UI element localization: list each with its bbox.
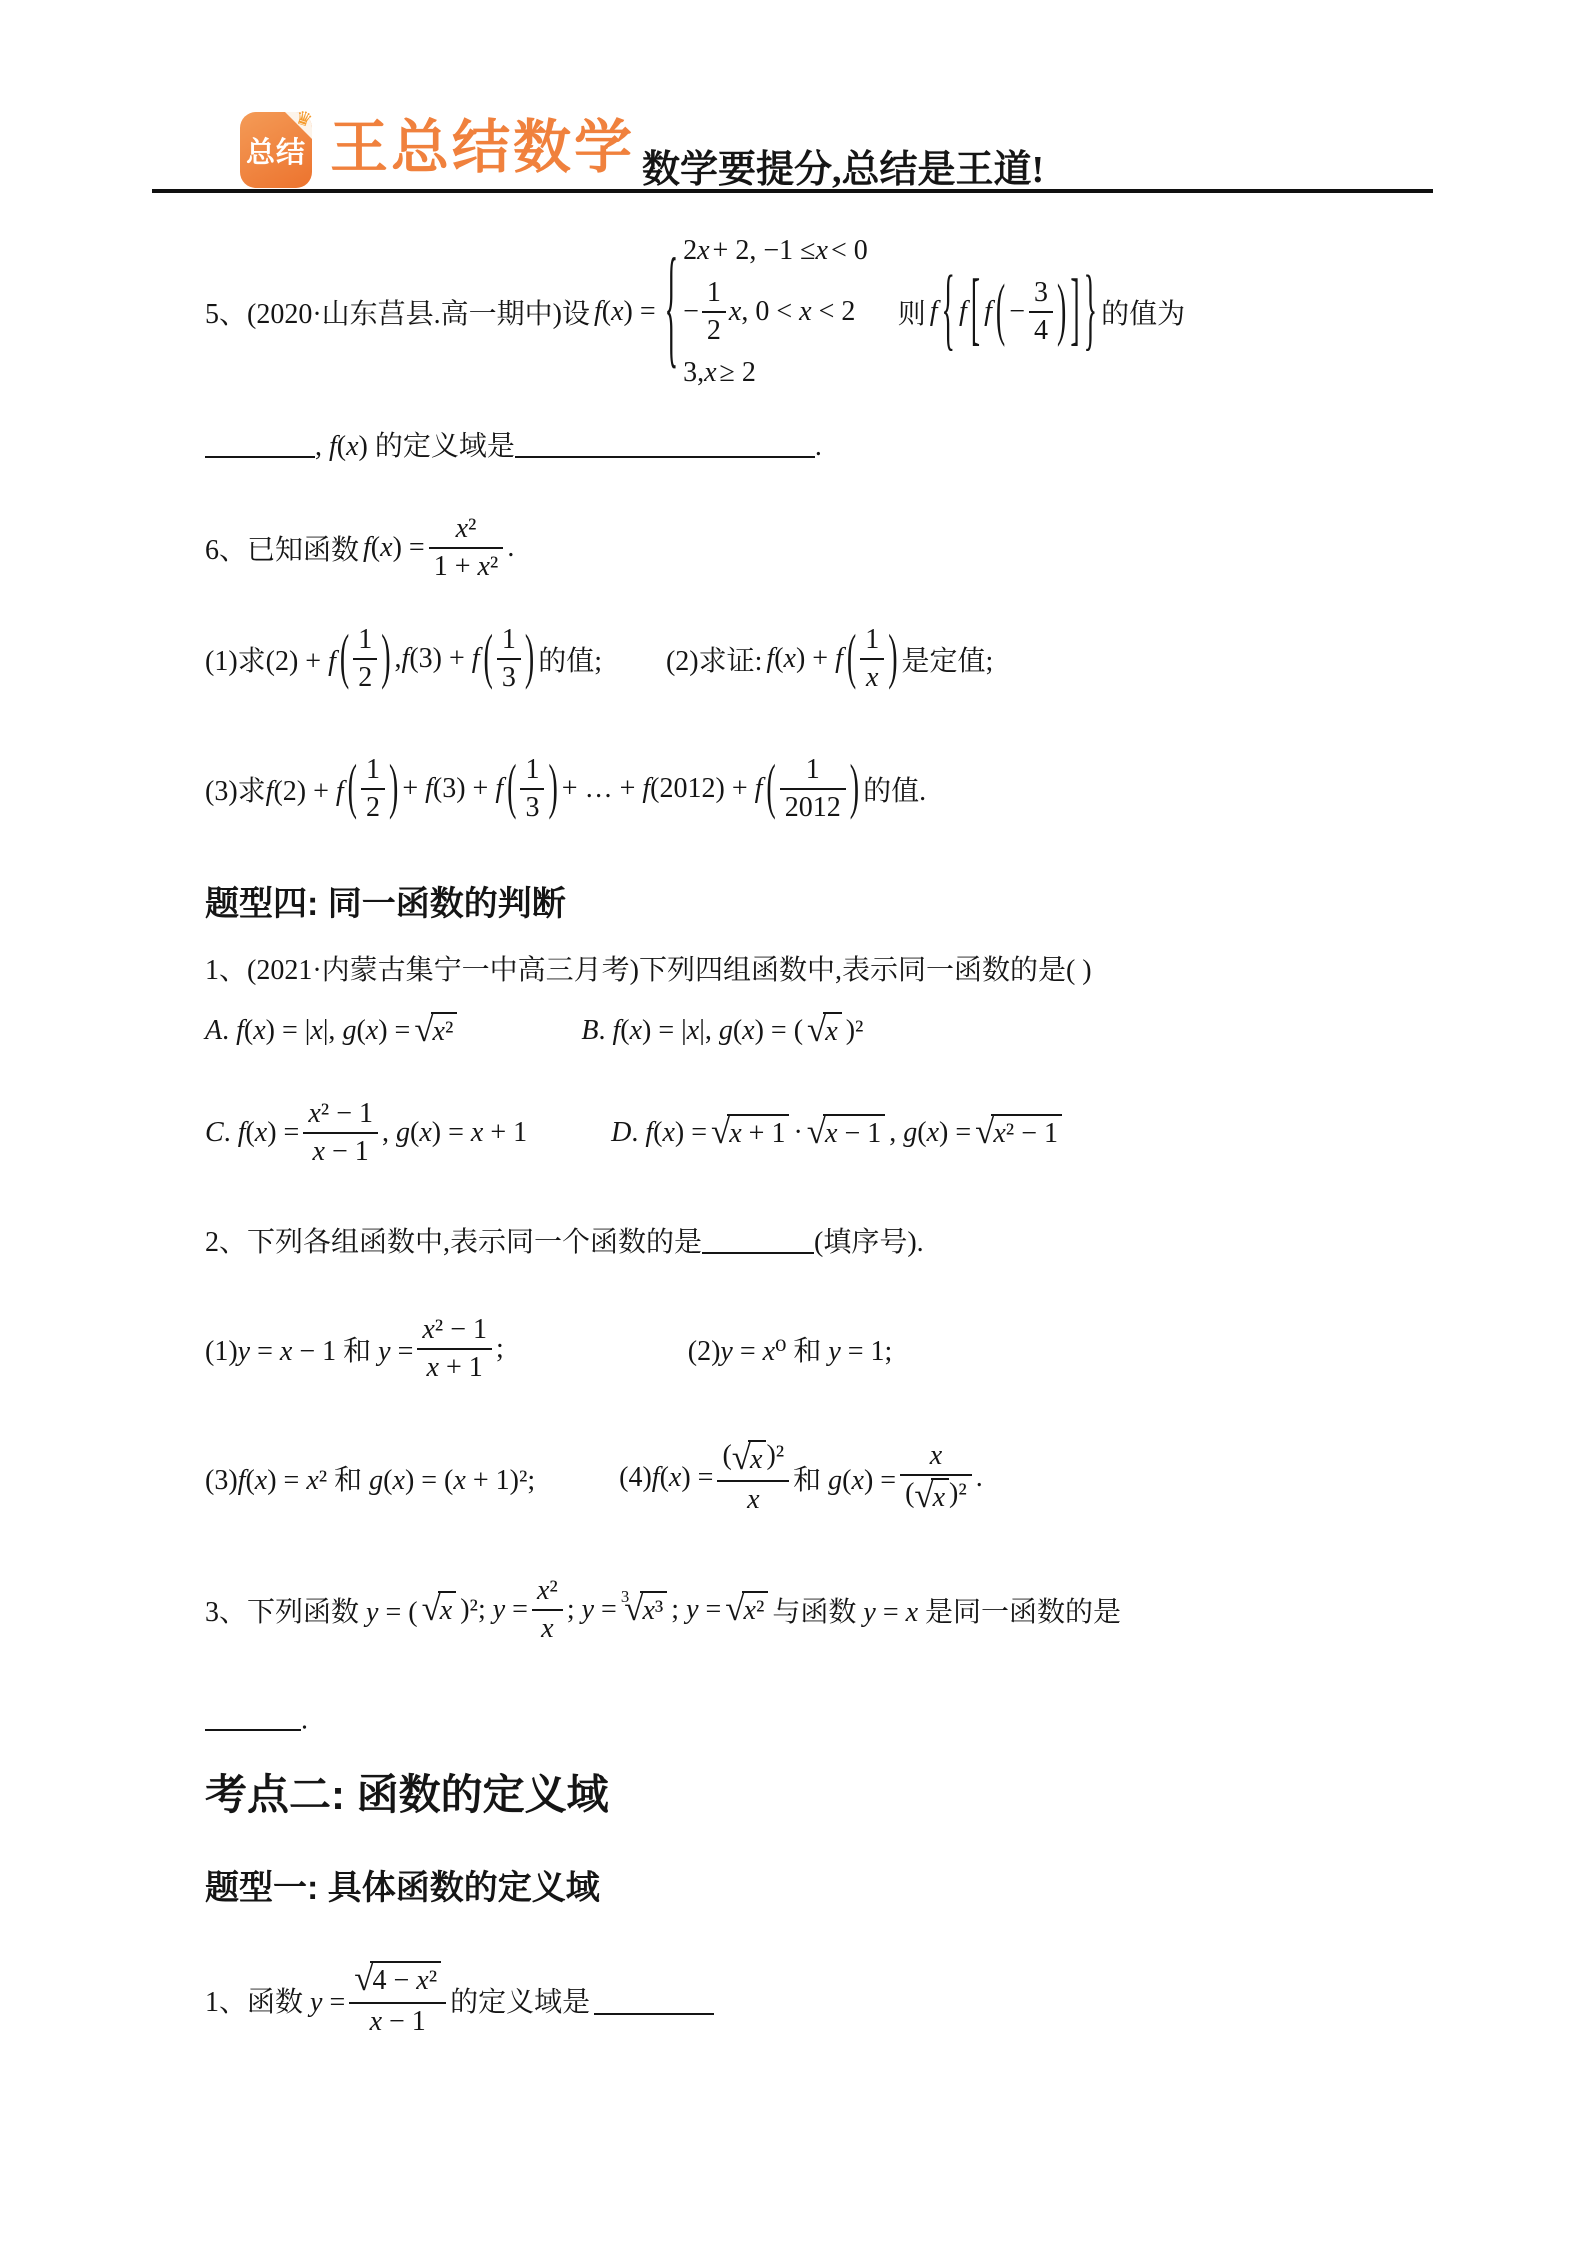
question-2-parts-3-4: (3)f(x) = x² 和 g(x) = (x + 1)²; (4)f(x) …: [205, 1418, 987, 1538]
math-run: (: [905, 1478, 914, 1509]
fraction: x²1 + x²: [429, 513, 504, 583]
case-3: 3, x ≥ 2: [683, 357, 756, 389]
math-run: (: [722, 1440, 731, 1471]
denominator: 1 + x²: [429, 549, 504, 583]
radicand: x² − 1: [991, 1114, 1062, 1152]
numerator: 1: [353, 624, 377, 660]
numerator: x: [900, 1440, 972, 1476]
denominator: x: [717, 1482, 789, 1516]
then-label: 则: [898, 292, 926, 332]
radicand: x + 1: [727, 1114, 789, 1152]
math-run: )²: [846, 1015, 864, 1047]
numerator: 1: [860, 624, 884, 660]
header-slogan: 数学要提分,总结是王道!: [642, 138, 1044, 193]
fraction: 34: [1029, 277, 1053, 347]
fraction: x²x: [532, 1575, 563, 1645]
logo-text: 总结: [246, 130, 306, 171]
radical: √x²: [725, 1591, 768, 1629]
math-run: 的值.: [863, 769, 926, 809]
radicand: x − 1: [823, 1114, 885, 1152]
period: .: [815, 431, 822, 462]
problem-5-answer-line: , f(x) 的定义域是.: [205, 424, 822, 464]
brand-logo-icon: 总结 ♛: [240, 112, 312, 188]
right-paren: ): [389, 758, 398, 820]
fraction: x² − 1x + 1: [417, 1314, 492, 1384]
numerator: 1: [780, 754, 846, 790]
fraction: 13: [520, 754, 544, 824]
numerator: x² − 1: [417, 1314, 492, 1350]
math-run: + … + f(2012) + f: [562, 773, 763, 805]
radicand: x²: [431, 1012, 458, 1050]
left-paren: (: [507, 758, 516, 820]
radical: √x² − 1: [975, 1114, 1062, 1152]
radical: √x: [732, 1440, 767, 1478]
right-paren: ): [1057, 277, 1066, 347]
part-4: (4)f(x) =: [619, 1462, 713, 1494]
section-heading-type4: 题型四: 同一函数的判断: [205, 876, 566, 925]
math-run: 和 g(x) =: [793, 1458, 896, 1498]
cube-root-radical: 3√x³: [621, 1591, 667, 1629]
math-run: 是定值;: [902, 639, 994, 679]
denominator: x − 1: [303, 1134, 378, 1168]
domain-question-1: 1、函数 y = √4 − x² x − 1 的定义域是: [205, 1942, 718, 2057]
problem-5-tail: 的值为: [1101, 292, 1185, 332]
comma: ,: [315, 431, 322, 462]
part-2: (2)y = x⁰ 和 y = 1;: [688, 1329, 893, 1369]
blank-underline: [702, 1223, 814, 1254]
blank-underline: [205, 427, 315, 458]
piecewise-brace: {: [665, 245, 678, 379]
question-3-lead: 3、下列函数 y = (: [205, 1590, 418, 1630]
denominator: (√x)²: [900, 1476, 972, 1516]
right-paren: ): [381, 628, 390, 690]
left-paren: (: [847, 628, 856, 690]
math-run: f(x) =: [594, 296, 656, 328]
blank-underline: [594, 1984, 714, 2015]
left-paren: (: [340, 628, 349, 690]
piecewise-cases: 2x + 2, −1 ≤ x < 0 − 12 x, 0 < x < 2 3, …: [683, 235, 868, 389]
right-paren: ): [850, 758, 859, 820]
numerator: 1: [497, 624, 521, 660]
fraction: x² − 1x − 1: [303, 1098, 378, 1168]
math-run: (1)y = x − 1 和 y =: [205, 1329, 413, 1369]
denominator: x: [532, 1611, 563, 1645]
math-run: )²: [766, 1440, 784, 1471]
options-c-d: C. f(x) = x² − 1x − 1 , g(x) = x + 1 D. …: [205, 1078, 1066, 1188]
blank-underline: [515, 427, 815, 458]
question-2-text: 2、下列各组函数中,表示同一个函数的是: [205, 1227, 702, 1258]
section-heading-kaodian2: 考点二: 函数的定义域: [205, 1762, 609, 1822]
math-run: , g(x) =: [889, 1117, 971, 1149]
left-paren: (: [766, 758, 775, 820]
options-a-b: A. f(x) = |x|, g(x) = √x² B. f(x) = |x|,…: [205, 1000, 867, 1062]
radicand: x: [748, 1440, 766, 1478]
fraction: 12: [702, 277, 726, 347]
math-run: ; y =: [567, 1594, 617, 1626]
numerator: x²: [532, 1575, 563, 1611]
math-run: f: [984, 296, 992, 328]
problem-5-lead: 5、(2020·山东莒县.高一期中)设: [205, 292, 590, 332]
radicand: x: [438, 1591, 456, 1629]
radicand: x: [931, 1478, 949, 1516]
numerator: 1: [520, 754, 544, 790]
denominator: 2012: [780, 790, 846, 824]
radical: √x: [914, 1478, 949, 1516]
left-paren: (: [996, 277, 1005, 347]
right-bracket: ]: [1070, 271, 1079, 352]
math-run: (1)求(2) + f: [205, 639, 336, 679]
problem-5: 5、(2020·山东莒县.高一期中)设 f(x) = { 2x + 2, −1 …: [205, 222, 1189, 402]
option-c: C. f(x) =: [205, 1117, 299, 1149]
fraction: 12: [353, 624, 377, 694]
numerator: 1: [702, 277, 726, 313]
fraction: √4 − x² x − 1: [349, 1961, 446, 2037]
math-run: 的值;: [538, 639, 602, 679]
fraction: 13: [497, 624, 521, 694]
math-run: f: [930, 296, 938, 328]
math-run: ,f(3) + f: [395, 643, 480, 675]
section-heading-type1: 题型一: 具体函数的定义域: [205, 1860, 600, 1909]
left-brace: {: [942, 266, 955, 358]
math-run: , g(x) = x + 1: [382, 1117, 527, 1149]
denominator: 2: [353, 660, 377, 694]
header-divider: [152, 189, 1433, 193]
math-run: −: [683, 296, 699, 328]
right-paren: ): [888, 628, 897, 690]
question-3-answer-line: .: [205, 1700, 308, 1736]
fraction: 12: [361, 754, 385, 824]
option-d: D. f(x) =: [611, 1117, 707, 1149]
math-run: f: [959, 296, 967, 328]
radicand: x³: [640, 1591, 667, 1629]
problem-6-parts-1-2: (1)求(2) + f ( 12 ) ,f(3) + f ( 13 ) 的值; …: [205, 606, 997, 711]
math-run: )²: [949, 1478, 967, 1509]
right-brace: }: [1084, 266, 1097, 358]
question-2-stem: 2、下列各组函数中,表示同一个函数的是(填序号).: [205, 1220, 924, 1260]
denominator: 4: [1029, 313, 1053, 347]
numerator: 3: [1029, 277, 1053, 313]
radical: √x: [422, 1591, 457, 1629]
part-3: (3)f(x) = x² 和 g(x) = (x + 1)²;: [205, 1458, 535, 1498]
denominator: 3: [520, 790, 544, 824]
domain-label: 的定义域是: [375, 431, 515, 462]
option-a: A. f(x) = |x|, g(x) =: [205, 1015, 410, 1047]
case-1: 2x + 2, −1 ≤ x < 0: [683, 235, 868, 267]
fraction: x (√x)²: [900, 1440, 972, 1516]
dot-operator: ·: [793, 1117, 802, 1149]
math-run: f(x) + f: [766, 643, 842, 675]
problem-6: 6、已知函数 f(x) = x²1 + x² .: [205, 498, 518, 598]
worksheet-page: 总结 ♛ 王总结数学 数学要提分,总结是王道! 5、(2020·山东莒县.高一期…: [0, 0, 1587, 2245]
radicand: 4 − x²: [370, 1961, 441, 1999]
case-2: − 12 x, 0 < x < 2: [683, 277, 858, 347]
numerator: 1: [361, 754, 385, 790]
question-2-parts-1-2: (1)y = x − 1 和 y = x² − 1x + 1 ; (2)y = …: [205, 1296, 896, 1401]
radicand: x: [823, 1012, 841, 1050]
denominator: 3: [497, 660, 521, 694]
math-run: x, 0 < x < 2: [729, 296, 855, 328]
root-index: 3: [621, 1587, 629, 1607]
math-run: + f(3) + f: [402, 773, 503, 805]
question-1-stem: 1、(2021·内蒙古集宁一中高三月考)下列四组函数中,表示同一函数的是( ): [205, 948, 1092, 988]
fraction: 12012: [780, 754, 846, 824]
question-3: 3、下列函数 y = ( √x )²; y = x²x ; y = 3√x³ ;…: [205, 1560, 1125, 1660]
left-paren: (: [484, 628, 493, 690]
blank-underline: [205, 1700, 301, 1731]
denominator: 2: [361, 790, 385, 824]
radical: √x²: [414, 1012, 457, 1050]
radicand: x²: [742, 1591, 769, 1629]
right-paren: ): [525, 628, 534, 690]
question-3-tail: 与函数 y = x 是同一函数的是: [772, 1590, 1121, 1630]
radical: √x: [807, 1012, 842, 1050]
numerator: x² − 1: [303, 1098, 378, 1134]
math-run: ; y =: [671, 1594, 721, 1626]
math-run: f(x): [329, 431, 368, 462]
denominator: x − 1: [349, 2004, 446, 2038]
problem-6-lead: 6、已知函数: [205, 528, 359, 568]
right-paren: ): [548, 758, 557, 820]
problem-6-part-3: (3)求f(2) + f ( 12 ) + f(3) + f ( 13 ) + …: [205, 736, 930, 841]
brand-title: 王总结数学: [330, 100, 635, 184]
radical: √4 − x²: [354, 1961, 441, 1999]
numerator: (√x)²: [717, 1440, 789, 1482]
period: .: [976, 1462, 983, 1494]
fraction: 1x: [860, 624, 884, 694]
math-run: ;: [496, 1333, 504, 1365]
question-lead: 1、函数 y =: [205, 1980, 345, 2020]
denominator: x + 1: [417, 1350, 492, 1384]
math-run: (3)求f(2) + f: [205, 769, 344, 809]
question-2-suffix: (填序号).: [814, 1227, 924, 1258]
fraction: (√x)² x: [717, 1440, 789, 1516]
denominator: 2: [702, 313, 726, 347]
left-paren: (: [348, 758, 357, 820]
minus-sign: −: [1009, 296, 1025, 328]
period: .: [301, 1704, 308, 1735]
radical: √x + 1: [711, 1114, 789, 1152]
option-b: B. f(x) = |x|, g(x) = (: [581, 1015, 803, 1047]
radical: √x − 1: [807, 1114, 885, 1152]
numerator: x²: [429, 513, 504, 549]
numerator: √4 − x²: [349, 1961, 446, 2003]
part-2-label: (2)求证:: [666, 639, 762, 679]
left-bracket: [: [971, 271, 980, 352]
question-tail: 的定义域是: [450, 1980, 590, 2020]
math-run: )²; y =: [460, 1594, 528, 1626]
denominator: x: [860, 660, 884, 694]
math-run: f(x) =: [363, 532, 425, 564]
period: .: [507, 532, 514, 564]
